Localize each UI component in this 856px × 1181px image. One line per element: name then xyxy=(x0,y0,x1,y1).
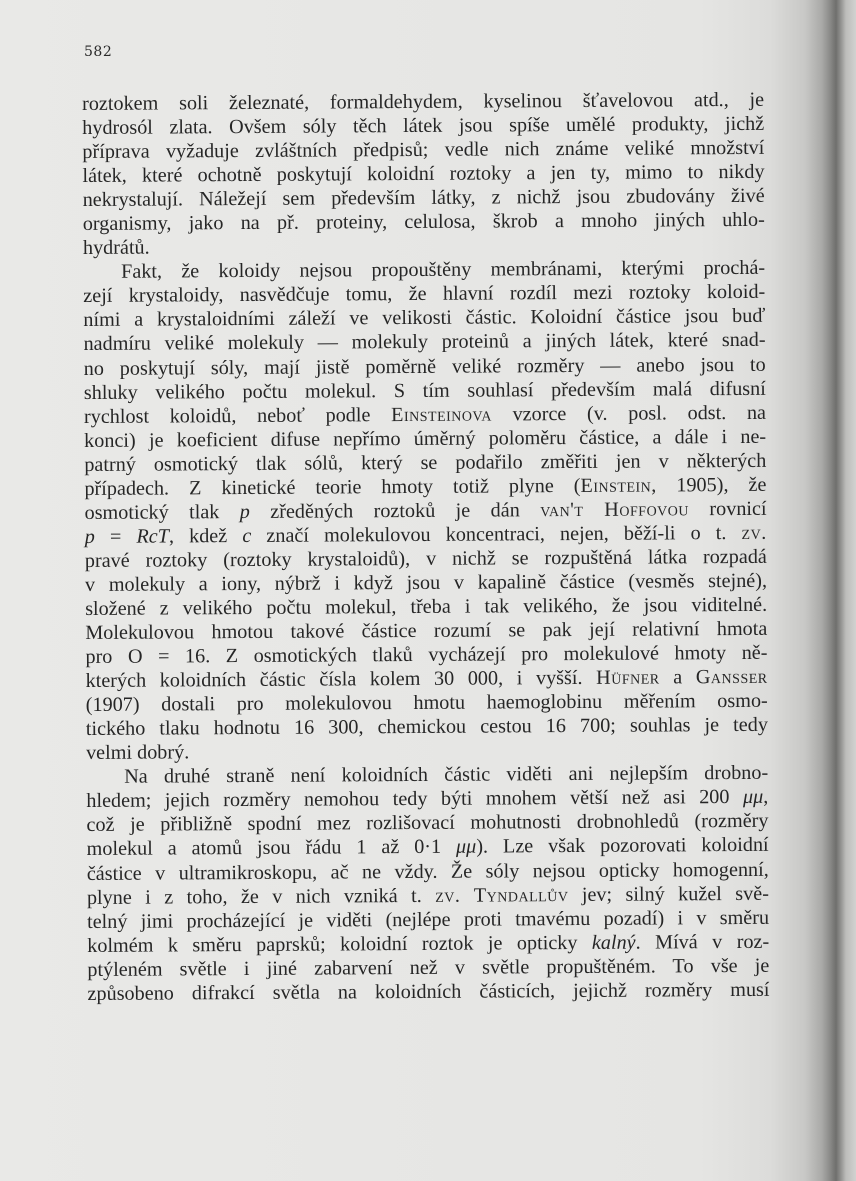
scanned-book-page: 582 roztokem soli železnaté, formaldehyd… xyxy=(0,0,856,1181)
small-caps-name: Tyndallův xyxy=(474,884,569,907)
text-line: no poskytují sóly, mají jistě poměrně ve… xyxy=(84,352,766,380)
page-number: 582 xyxy=(84,44,112,60)
text-line: způsobeno difrakcí světla na koloidních … xyxy=(87,978,769,1006)
text-line: shluky velikého počtu molekul. S tím sou… xyxy=(84,376,766,404)
text-line: molekul a atomů jsou řádu 1 až 0·1 μμ). … xyxy=(87,833,769,861)
small-caps-name: Gansser xyxy=(696,666,768,688)
paragraph-p2: Fakt, že koloidy nejsou propouštěny memb… xyxy=(83,256,768,765)
paragraph-p3: Na druhé straně není koloidních částic v… xyxy=(86,761,769,1006)
small-caps-name: Einstein xyxy=(580,474,651,496)
text-line: tického tlaku hodnotu 16 300, chemickou … xyxy=(86,713,768,741)
text-line: nadmíru veliké molekuly — molekuly prote… xyxy=(83,328,765,356)
small-caps-name: Hüfner xyxy=(596,667,660,689)
italic-term: RcT xyxy=(136,525,169,547)
italic-term: kalný xyxy=(592,931,636,953)
italic-term: c xyxy=(242,525,251,547)
text-line: částice v ultramikroskopu, ač ne vždy. Ž… xyxy=(87,857,769,885)
italic-term: μμ xyxy=(743,786,763,808)
small-caps-name: Einsteinova xyxy=(391,403,492,426)
body-text: roztokem soli železnaté, formaldehydem, … xyxy=(82,88,770,1006)
italic-term: μμ xyxy=(456,836,476,858)
small-caps-name: zv. xyxy=(435,884,460,906)
paragraph-p1: roztokem soli železnaté, formaldehydem, … xyxy=(82,88,765,260)
text-line: plyne i z toho, že v nich vzniká t. zv. … xyxy=(87,881,769,909)
small-caps-name: zv. xyxy=(741,522,766,544)
italic-term: p xyxy=(240,501,250,523)
small-caps-name: van't Hoffovou xyxy=(540,498,689,521)
text-line: telný jimi procházející je viděti (nejlé… xyxy=(87,905,769,933)
text-line: rychlost koloidů, neboť podle Einsteinov… xyxy=(84,400,766,428)
text-line: organismy, jako na př. proteiny, celulos… xyxy=(83,208,765,236)
italic-term: p xyxy=(85,526,95,548)
